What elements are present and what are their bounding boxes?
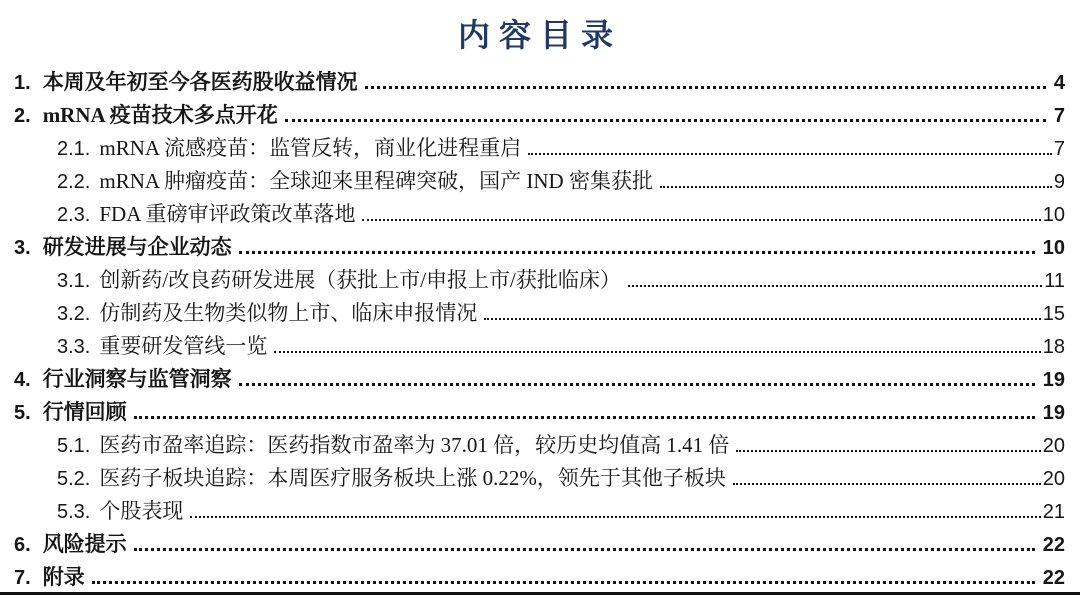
toc-entry: 2.3. FDA 重磅审评政策改革落地 10 <box>14 198 1065 231</box>
dot-leader <box>134 548 1035 551</box>
toc-entry: 3.1. 创新药/改良药研发进展（获批上市/申报上市/获批临床） 11 <box>14 264 1065 297</box>
dot-leader <box>628 285 1042 287</box>
toc-entry: 3.3. 重要研发管线一览 18 <box>14 330 1065 363</box>
entry-number: 2.2. <box>57 166 90 199</box>
bottom-divider <box>0 592 1080 595</box>
dot-leader <box>92 581 1035 584</box>
entry-label: 风险提示 <box>43 528 127 561</box>
entry-number: 2.1. <box>57 133 90 166</box>
toc-entry: 2.1. mRNA 流感疫苗：监管反转，商业化进程重启 7 <box>14 132 1065 165</box>
entry-number: 3.1. <box>57 265 90 298</box>
entry-page-number: 4 <box>1054 67 1065 100</box>
entry-number: 2.3. <box>57 199 90 232</box>
entry-page-number: 21 <box>1043 496 1065 529</box>
entry-label: 行业洞察与监管洞察 <box>43 363 232 396</box>
entry-page-number: 18 <box>1043 331 1065 364</box>
entry-number: 5.3. <box>57 496 90 529</box>
toc-entry: 5.3. 个股表现 21 <box>14 495 1065 528</box>
document-page: 内容目录 1. 本周及年初至今各医药股收益情况 4 2. mRNA 疫苗技术多点… <box>0 0 1080 596</box>
toc-entry: 6. 风险提示 22 <box>14 528 1065 561</box>
entry-page-number: 22 <box>1043 562 1065 595</box>
entry-label: 医药子板块追踪：本周医疗服务板块上涨 0.22%，领先于其他子板块 <box>99 462 726 495</box>
dot-leader <box>362 219 1040 221</box>
entry-number: 2. <box>14 100 31 133</box>
dot-leader <box>190 516 1040 518</box>
entry-label: mRNA 肿瘤疫苗：全球迎来里程碑突破，国产 IND 密集获批 <box>99 165 653 198</box>
entry-page-number: 15 <box>1043 298 1065 331</box>
dot-leader <box>239 383 1035 386</box>
entry-page-number: 20 <box>1043 430 1065 463</box>
toc-entry: 2. mRNA 疫苗技术多点开花 7 <box>14 99 1065 132</box>
entry-number: 3.2. <box>57 298 90 331</box>
dot-leader <box>528 153 1052 155</box>
entry-label: mRNA 疫苗技术多点开花 <box>43 99 278 132</box>
entry-page-number: 7 <box>1054 100 1065 133</box>
entry-label: 附录 <box>43 561 85 594</box>
toc-entry: 1. 本周及年初至今各医药股收益情况 4 <box>14 66 1065 99</box>
entry-label: 行情回顾 <box>43 396 127 429</box>
entry-label: 创新药/改良药研发进展（获批上市/申报上市/获批临床） <box>99 264 621 297</box>
entry-number: 5. <box>14 397 31 430</box>
entry-page-number: 11 <box>1044 265 1065 298</box>
page-title: 内容目录 <box>0 0 1080 56</box>
entry-number: 7. <box>14 562 31 595</box>
dot-leader <box>733 483 1041 485</box>
toc-entry: 4. 行业洞察与监管洞察 19 <box>14 363 1065 396</box>
entry-number: 5.1. <box>57 430 90 463</box>
entry-page-number: 9 <box>1054 166 1065 199</box>
dot-leader <box>736 450 1040 452</box>
entry-label: 重要研发管线一览 <box>99 330 267 363</box>
dot-leader <box>239 251 1035 254</box>
entry-number: 4. <box>14 364 31 397</box>
dot-leader <box>274 351 1040 353</box>
entry-page-number: 19 <box>1043 397 1065 430</box>
toc-entry: 2.2. mRNA 肿瘤疫苗：全球迎来里程碑突破，国产 IND 密集获批 9 <box>14 165 1065 198</box>
dot-leader <box>484 318 1040 320</box>
entry-page-number: 19 <box>1043 364 1065 397</box>
entry-label: 研发进展与企业动态 <box>43 231 232 264</box>
entry-number: 5.2. <box>57 463 90 496</box>
entry-number: 1. <box>14 67 31 100</box>
entry-number: 6. <box>14 529 31 562</box>
toc-entry: 3.2. 仿制药及生物类似物上市、临床申报情况 15 <box>14 297 1065 330</box>
entry-label: 本周及年初至今各医药股收益情况 <box>43 66 358 99</box>
dot-leader <box>285 119 1046 122</box>
entry-label: 医药市盈率追踪：医药指数市盈率为 37.01 倍，较历史均值高 1.41 倍 <box>99 429 729 462</box>
toc-entry: 7. 附录 22 <box>14 561 1065 594</box>
entry-label: 仿制药及生物类似物上市、临床申报情况 <box>99 297 477 330</box>
entry-page-number: 10 <box>1043 199 1065 232</box>
entry-page-number: 22 <box>1043 529 1065 562</box>
toc-entry: 5.1. 医药市盈率追踪：医药指数市盈率为 37.01 倍，较历史均值高 1.4… <box>14 429 1065 462</box>
entry-label: 个股表现 <box>99 495 183 528</box>
toc-entry: 5. 行情回顾 19 <box>14 396 1065 429</box>
toc-entry: 3. 研发进展与企业动态 10 <box>14 231 1065 264</box>
entry-number: 3. <box>14 232 31 265</box>
dot-leader <box>660 186 1052 188</box>
dot-leader <box>134 416 1035 419</box>
entry-label: mRNA 流感疫苗：监管反转，商业化进程重启 <box>99 132 521 165</box>
dot-leader <box>365 86 1046 89</box>
entry-page-number: 7 <box>1054 133 1065 166</box>
entry-number: 3.3. <box>57 331 90 364</box>
toc-entry: 5.2. 医药子板块追踪：本周医疗服务板块上涨 0.22%，领先于其他子板块 2… <box>14 462 1065 495</box>
entry-page-number: 10 <box>1043 232 1065 265</box>
entry-page-number: 20 <box>1043 463 1065 496</box>
table-of-contents: 1. 本周及年初至今各医药股收益情况 4 2. mRNA 疫苗技术多点开花 7 … <box>14 66 1065 594</box>
entry-label: FDA 重磅审评政策改革落地 <box>99 198 355 231</box>
